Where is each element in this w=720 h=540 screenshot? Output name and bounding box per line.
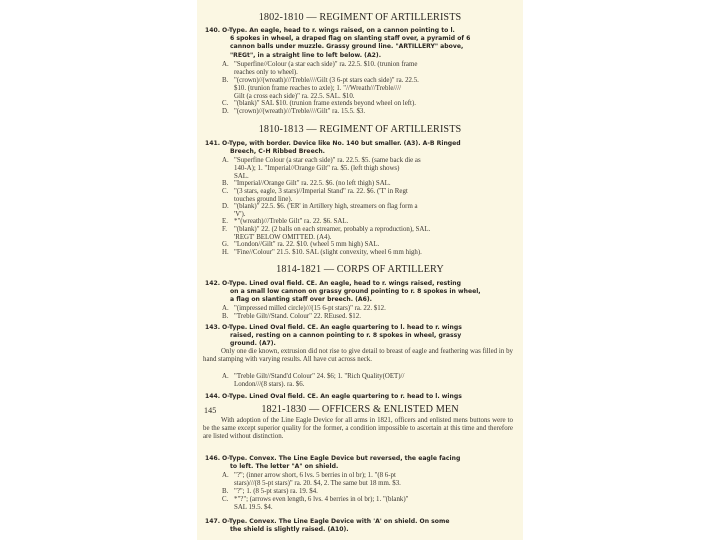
variety-142-a: A. "(impressed milled circle)///(15 6-pt… bbox=[222, 305, 514, 313]
entry-143: 143. O-Type. Lined Oval field. CE. An ea… bbox=[205, 324, 511, 349]
variety-141-d: D. "(blank)" 22.5. $6. ('ER' in Artiller… bbox=[222, 203, 514, 219]
entry-140: 140. O-Type. An eagle, head to r. wings … bbox=[205, 27, 511, 60]
variety-text: London///(8 stars). ra. $6. bbox=[234, 381, 514, 389]
variety-141-a: A. "Superfine Colour (a star each side)"… bbox=[222, 157, 514, 180]
variety-146-c: C. *"?"; (arrows even length, 6 lvs. 4 b… bbox=[222, 496, 514, 512]
variety-label: B. bbox=[222, 180, 228, 188]
entry-line: O-Type. Convex. The Line Eagle Device wi… bbox=[222, 518, 511, 526]
variety-text: "Imperial//Orange Gilt" ra. 22.5. $6. (n… bbox=[234, 180, 514, 188]
variety-text: "Fine//Colour" 21.5. $10. SAL (slight co… bbox=[234, 249, 514, 257]
variety-text: *"?"; (arrows even length, 6 lvs. 4 berr… bbox=[234, 496, 514, 504]
variety-text: $10. (trunion frame reaches to axle); 1.… bbox=[234, 85, 514, 93]
entry-line: raised, resting on a cannon pointing to … bbox=[230, 332, 511, 340]
variety-text: "Treble Gilt//Stand. Colour" 22. REused.… bbox=[234, 313, 514, 321]
entry-line: O-Type. Lined oval field. CE. An eagle, … bbox=[222, 280, 511, 288]
entry-number: 140. bbox=[205, 27, 220, 35]
section-title: 1821-1830 — OFFICERS & ENLISTED MEN bbox=[261, 404, 458, 415]
variety-text: reaches only to wheel). bbox=[234, 69, 514, 77]
entry-line: O-Type. Lined Oval field. CE. An eagle q… bbox=[222, 393, 511, 401]
variety-label: A. bbox=[222, 157, 229, 165]
entry-line: a flag on slanting staff over breech. (A… bbox=[230, 296, 511, 304]
intro-text: With adoption of the Line Eagle Device f… bbox=[203, 417, 513, 440]
variety-text: "Superfine//Colour (a star each side)" r… bbox=[234, 61, 514, 69]
variety-141-b: B. "Imperial//Orange Gilt" ra. 22.5. $6.… bbox=[222, 180, 514, 188]
variety-text: "(crown)//(wreath)///Treble////Gilt" ra.… bbox=[234, 108, 514, 116]
variety-141-g: G. "London//Gilt" ra. 22. $10. (wheel 5 … bbox=[222, 241, 514, 249]
variety-143-a: A. "Treble Gilt//Stand'd Colour" 24. $6;… bbox=[222, 373, 514, 389]
entry-number: 141. bbox=[205, 140, 220, 148]
variety-label: B. bbox=[222, 488, 228, 496]
variety-141-e: E. *"(wreath)///Treble Gilt" ra. 22. $6.… bbox=[222, 218, 514, 226]
variety-142-b: B. "Treble Gilt//Stand. Colour" 22. REus… bbox=[222, 313, 514, 321]
entry-141: 141. O-Type, with border. Device like No… bbox=[205, 140, 511, 156]
variety-text: stars)///(8 5-pt stars)" ra. 20. $4, 2. … bbox=[234, 480, 514, 488]
entry-number: 146. bbox=[205, 455, 220, 463]
entry-line: on a small low cannon on grassy ground p… bbox=[230, 288, 511, 296]
variety-140-b: B. "(crown)//(wreath)///Treble////Gilt (… bbox=[222, 77, 514, 100]
entry-143-note: Only one die known, extrusion did not ri… bbox=[203, 348, 513, 364]
variety-label: B. bbox=[222, 77, 228, 85]
entry-line: O-Type. Convex. The Line Eagle Device bu… bbox=[222, 455, 511, 463]
entry-line: O-Type. Lined Oval field. CE. An eagle q… bbox=[222, 324, 511, 332]
note-text: Only one die known, extrusion did not ri… bbox=[203, 348, 513, 363]
entry-142: 142. O-Type. Lined oval field. CE. An ea… bbox=[205, 280, 511, 305]
variety-label: B. bbox=[222, 313, 228, 321]
entry-number-145: 145 bbox=[204, 406, 216, 415]
entry-line: O-Type. An eagle, head to r. wings raise… bbox=[222, 27, 511, 35]
entry-144: 144. O-Type. Lined Oval field. CE. An ea… bbox=[205, 393, 511, 401]
book-page: 1802-1810 — REGIMENT OF ARTILLERISTS 140… bbox=[197, 0, 523, 540]
variety-label: A. bbox=[222, 472, 229, 480]
section-heading-1814-1821: 1814-1821 — CORPS OF ARTILLERY bbox=[197, 264, 523, 275]
entry-line: 6 spokes in wheel, a draped flag on slan… bbox=[230, 35, 511, 43]
section-intro-1821: With adoption of the Line Eagle Device f… bbox=[203, 417, 513, 440]
variety-text: SAL 19.5. $4. bbox=[234, 504, 514, 512]
variety-text: "Treble Gilt//Stand'd Colour" 24. $6; 1.… bbox=[234, 373, 514, 381]
variety-text: "(impressed milled circle)///(15 6-pt st… bbox=[234, 305, 514, 313]
variety-140-d: D. "(crown)//(wreath)///Treble////Gilt" … bbox=[222, 108, 514, 116]
variety-text: "(blank)" SAL $10. (trunion frame extend… bbox=[234, 100, 514, 108]
variety-141-f: F. "(blank)" 22. (2 balls on each stream… bbox=[222, 226, 514, 242]
entry-number: 147. bbox=[205, 518, 220, 526]
entry-line: O-Type, with border. Device like No. 140… bbox=[222, 140, 511, 148]
variety-141-c: C. "(3 stars, eagle, 3 stars)//Imperial … bbox=[222, 188, 514, 204]
section-heading-1810-1813: 1810-1813 — REGIMENT OF ARTILLERISTS bbox=[197, 124, 523, 135]
variety-label: C. bbox=[222, 100, 228, 108]
variety-label: C. bbox=[222, 496, 228, 504]
variety-label: F. bbox=[222, 226, 227, 234]
variety-146-a: A. "?"; (inner arrow short, 6 lvs. 5 ber… bbox=[222, 472, 514, 488]
variety-label: A. bbox=[222, 305, 229, 313]
variety-text: 140-A); 1. "Imperial//Orange Gilt" ra. $… bbox=[234, 165, 514, 173]
variety-text: "(crown)//(wreath)///Treble////Gilt (3 6… bbox=[234, 77, 514, 85]
section-heading-1821-1830: 145 1821-1830 — OFFICERS & ENLISTED MEN bbox=[197, 404, 523, 415]
variety-text: "London//Gilt" ra. 22. $10. (wheel 5 mm … bbox=[234, 241, 514, 249]
variety-label: C. bbox=[222, 188, 228, 196]
variety-146-b: B. "?"; 1. (8 5-pt stars) ra. 19. $4. bbox=[222, 488, 514, 496]
variety-text: "(3 stars, eagle, 3 stars)//Imperial Sta… bbox=[234, 188, 514, 196]
variety-label: A. bbox=[222, 61, 229, 69]
variety-text: "?"; 1. (8 5-pt stars) ra. 19. $4. bbox=[234, 488, 514, 496]
entry-147: 147. O-Type. Convex. The Line Eagle Devi… bbox=[205, 518, 511, 534]
variety-text: "Superfine Colour (a star each side)" ra… bbox=[234, 157, 514, 165]
variety-text: *"(wreath)///Treble Gilt" ra. 22. $6. SA… bbox=[234, 218, 514, 226]
variety-label: H. bbox=[222, 249, 229, 257]
entry-line: "REGt", in a straight line to left below… bbox=[230, 52, 511, 60]
variety-label: D. bbox=[222, 203, 229, 211]
variety-label: G. bbox=[222, 241, 229, 249]
variety-text: "(blank)" 22. (2 balls on each streamer,… bbox=[234, 226, 514, 234]
entry-146: 146. O-Type. Convex. The Line Eagle Devi… bbox=[205, 455, 511, 471]
entry-number: 142. bbox=[205, 280, 220, 288]
variety-140-c: C. "(blank)" SAL $10. (trunion frame ext… bbox=[222, 100, 514, 108]
entry-line: to left. The letter "A" on shield. bbox=[230, 463, 511, 471]
entry-line: Breech, C-H Ribbed Breech. bbox=[230, 148, 511, 156]
variety-label: A. bbox=[222, 373, 229, 381]
variety-text: "(blank)" 22.5. $6. ('ER' in Artillery h… bbox=[234, 203, 514, 211]
section-heading-1802-1810: 1802-1810 — REGIMENT OF ARTILLERISTS bbox=[197, 12, 523, 23]
entry-number: 144. bbox=[205, 393, 220, 401]
variety-141-h: H. "Fine//Colour" 21.5. $10. SAL (slight… bbox=[222, 249, 514, 257]
entry-line: the shield is slightly raised. (A10). bbox=[230, 526, 511, 534]
variety-140-a: A. "Superfine//Colour (a star each side)… bbox=[222, 61, 514, 77]
entry-line: cannon balls under muzzle. Grassy ground… bbox=[230, 43, 511, 51]
variety-label: E. bbox=[222, 218, 228, 226]
variety-label: D. bbox=[222, 108, 229, 116]
variety-text: "?"; (inner arrow short, 6 lvs. 5 berrie… bbox=[234, 472, 514, 480]
entry-number: 143. bbox=[205, 324, 220, 332]
